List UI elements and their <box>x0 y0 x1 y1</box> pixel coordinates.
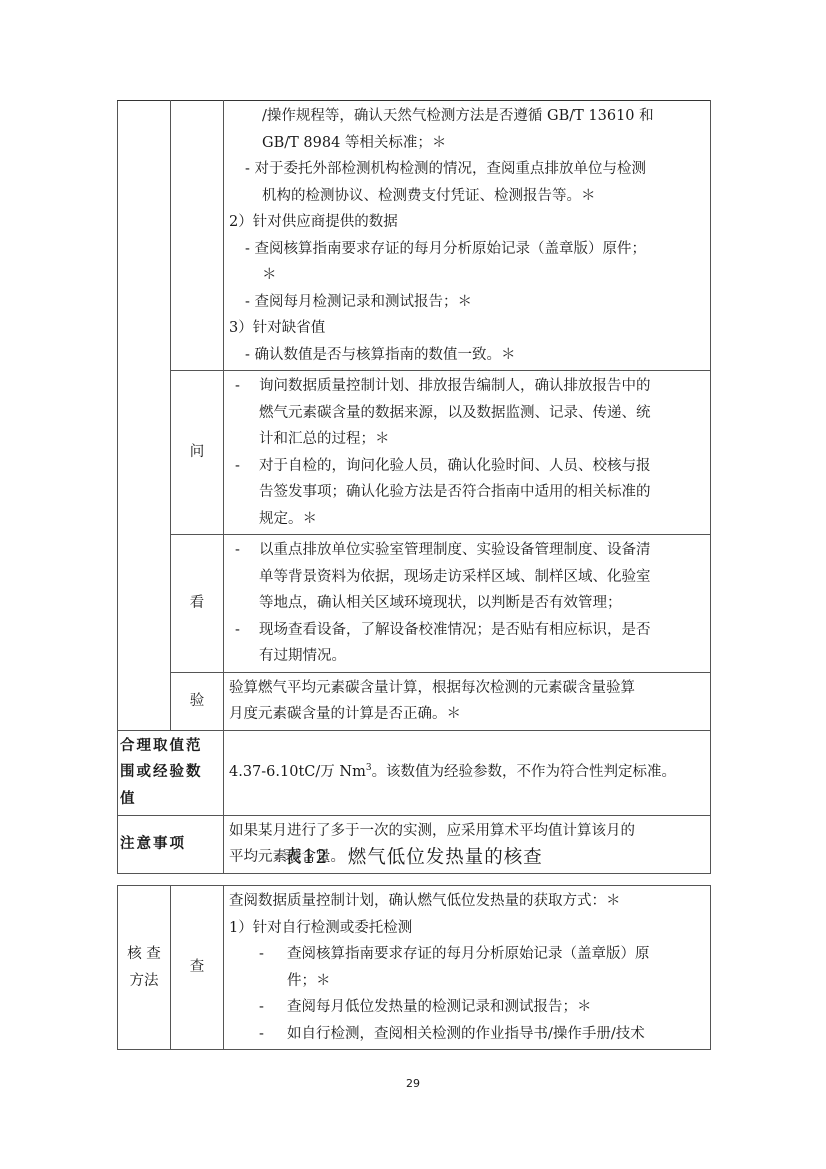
text-line: GB/T 8984 等相关标准；＊ <box>229 130 704 157</box>
text-line: 机构的检测协议、检测费支付凭证、检测报告等。＊ <box>229 183 704 210</box>
wen-label: 问 <box>171 371 224 535</box>
text-line: /操作规程等，确认天然气检测方法是否遵循 GB/T 13610 和 <box>229 103 704 130</box>
cha-label: 查 <box>171 886 224 1050</box>
list-item: - 现场查看设备，了解设备校准情况；是否贴有相应标识，是否 有过期情况。 <box>229 617 704 670</box>
list-item: - 查阅核算指南要求存证的每月分析原始记录（盖章版）原 件；＊ <box>229 941 704 994</box>
method-label-cell <box>118 101 171 731</box>
text-line: 3）针对缺省值 <box>229 315 704 342</box>
kan-label: 看 <box>171 535 224 673</box>
table-row-cha: 核 查 方法 查 查阅数据质量控制计划，确认燃气低位发热量的获取方式：＊ 1）针… <box>118 886 711 1050</box>
method-label: 核 查 方法 <box>118 886 171 1050</box>
cha-label-cell <box>171 101 224 371</box>
text-line: - 查阅每月检测记录和测试报告；＊ <box>229 289 704 316</box>
table-row-yan: 验 验算燃气平均元素碳含量计算，根据每次检测的元素碳含量验算 月度元素碳含量的计… <box>118 672 711 730</box>
table-12-caption: 表12 燃气低位发热量的核查 <box>0 843 826 869</box>
list-item: - 询问数据质量控制计划、排放报告编制人，确认排放报告中的 燃气元素碳含量的数据… <box>229 373 704 453</box>
page-number: 29 <box>0 1077 826 1090</box>
table-row-wen: 问 - 询问数据质量控制计划、排放报告编制人，确认排放报告中的 燃气元素碳含量的… <box>118 371 711 535</box>
cha-content-cell: 查阅数据质量控制计划，确认燃气低位发热量的获取方式：＊ 1）针对自行检测或委托检… <box>224 886 711 1050</box>
text-line: ＊ <box>229 262 704 289</box>
list-item: - 以重点排放单位实验室管理制度、实验设备管理制度、设备清 单等背景资料为依据，… <box>229 537 704 617</box>
text-line: - 确认数值是否与核算指南的数值一致。＊ <box>229 342 704 369</box>
range-label: 合理取值范 围或经验数 值 <box>118 730 224 815</box>
text-line: - 查阅核算指南要求存证的每月分析原始记录（盖章版）原件； <box>229 236 704 263</box>
table-row-range: 合理取值范 围或经验数 值 4.37-6.10tC/万 Nm3。该数值为经验参数… <box>118 730 711 815</box>
yan-content-cell: 验算燃气平均元素碳含量计算，根据每次检测的元素碳含量验算 月度元素碳含量的计算是… <box>224 672 711 730</box>
wen-content-cell: - 询问数据质量控制计划、排放报告编制人，确认排放报告中的 燃气元素碳含量的数据… <box>224 371 711 535</box>
list-item: - 查阅每月低位发热量的检测记录和测试报告；＊ <box>229 994 704 1021</box>
list-item: - 对于自检的，询问化验人员，确认化验时间、人员、校核与报 告签发事项；确认化验… <box>229 453 704 533</box>
cha-content-cell: /操作规程等，确认天然气检测方法是否遵循 GB/T 13610 和 GB/T 8… <box>224 101 711 371</box>
table-11-continued: /操作规程等，确认天然气检测方法是否遵循 GB/T 13610 和 GB/T 8… <box>117 100 711 874</box>
yan-label: 验 <box>171 672 224 730</box>
text-line: - 对于委托外部检测机构检测的情况，查阅重点排放单位与检测 <box>229 156 704 183</box>
range-value: 4.37-6.10tC/万 Nm3。该数值为经验参数，不作为符合性判定标准。 <box>224 730 711 815</box>
kan-content-cell: - 以重点排放单位实验室管理制度、实验设备管理制度、设备清 单等背景资料为依据，… <box>224 535 711 673</box>
table-row-cha-continued: /操作规程等，确认天然气检测方法是否遵循 GB/T 13610 和 GB/T 8… <box>118 101 711 371</box>
table-12: 核 查 方法 查 查阅数据质量控制计划，确认燃气低位发热量的获取方式：＊ 1）针… <box>117 885 711 1050</box>
list-item: - 如自行检测，查阅相关检测的作业指导书/操作手册/技术 <box>229 1021 704 1048</box>
text-line: 2）针对供应商提供的数据 <box>229 209 704 236</box>
table-row-kan: 看 - 以重点排放单位实验室管理制度、实验设备管理制度、设备清 单等背景资料为依… <box>118 535 711 673</box>
